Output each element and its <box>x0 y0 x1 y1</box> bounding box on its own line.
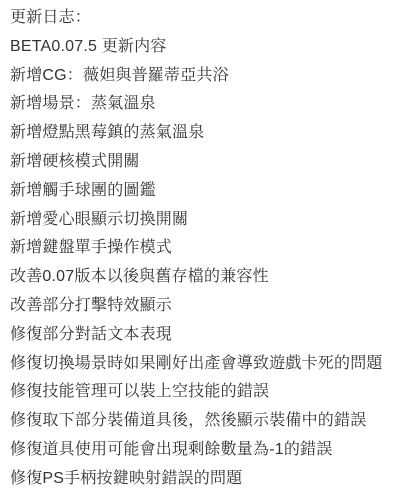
changelog-line: 修復取下部分裝備道具後，然後顯示裝備中的錯誤 <box>10 407 404 436</box>
changelog-line: 新增燈點黑莓鎮的蒸氣溫泉 <box>10 119 404 148</box>
changelog-line: 新增觸手球團的圖鑑 <box>10 177 404 206</box>
update-changelog-panel: 更新日志： BETA0.07.5 更新内容 新增CG：薇妲與普羅蒂亞共浴 新增場… <box>0 0 412 494</box>
changelog-line: 修復道具使用可能會出現剩餘數量為-1的錯誤 <box>10 436 404 465</box>
changelog-line: 新增CG：薇妲與普羅蒂亞共浴 <box>10 62 404 91</box>
changelog-line: 修復切換場景時如果剛好出產會導致遊戲卡死的問題 <box>10 350 404 379</box>
changelog-line: 新增硬核模式開關 <box>10 148 404 177</box>
changelog-title: 更新日志： <box>10 4 404 33</box>
changelog-version-line: BETA0.07.5 更新内容 <box>10 33 404 62</box>
changelog-line: 新增愛心眼顯示切換開關 <box>10 206 404 235</box>
changelog-line: 修復部分對話文本表現 <box>10 321 404 350</box>
changelog-line: 改善0.07版本以後與舊存檔的兼容性 <box>10 263 404 292</box>
changelog-line: 修復PS手柄按鍵映射錯誤的問題 <box>10 465 404 494</box>
changelog-line: 新增場景：蒸氣溫泉 <box>10 90 404 119</box>
changelog-line: 改善部分打擊特效顯示 <box>10 292 404 321</box>
changelog-line: 修復技能管理可以裝上空技能的錯誤 <box>10 378 404 407</box>
changelog-line: 新增鍵盤單手操作模式 <box>10 234 404 263</box>
